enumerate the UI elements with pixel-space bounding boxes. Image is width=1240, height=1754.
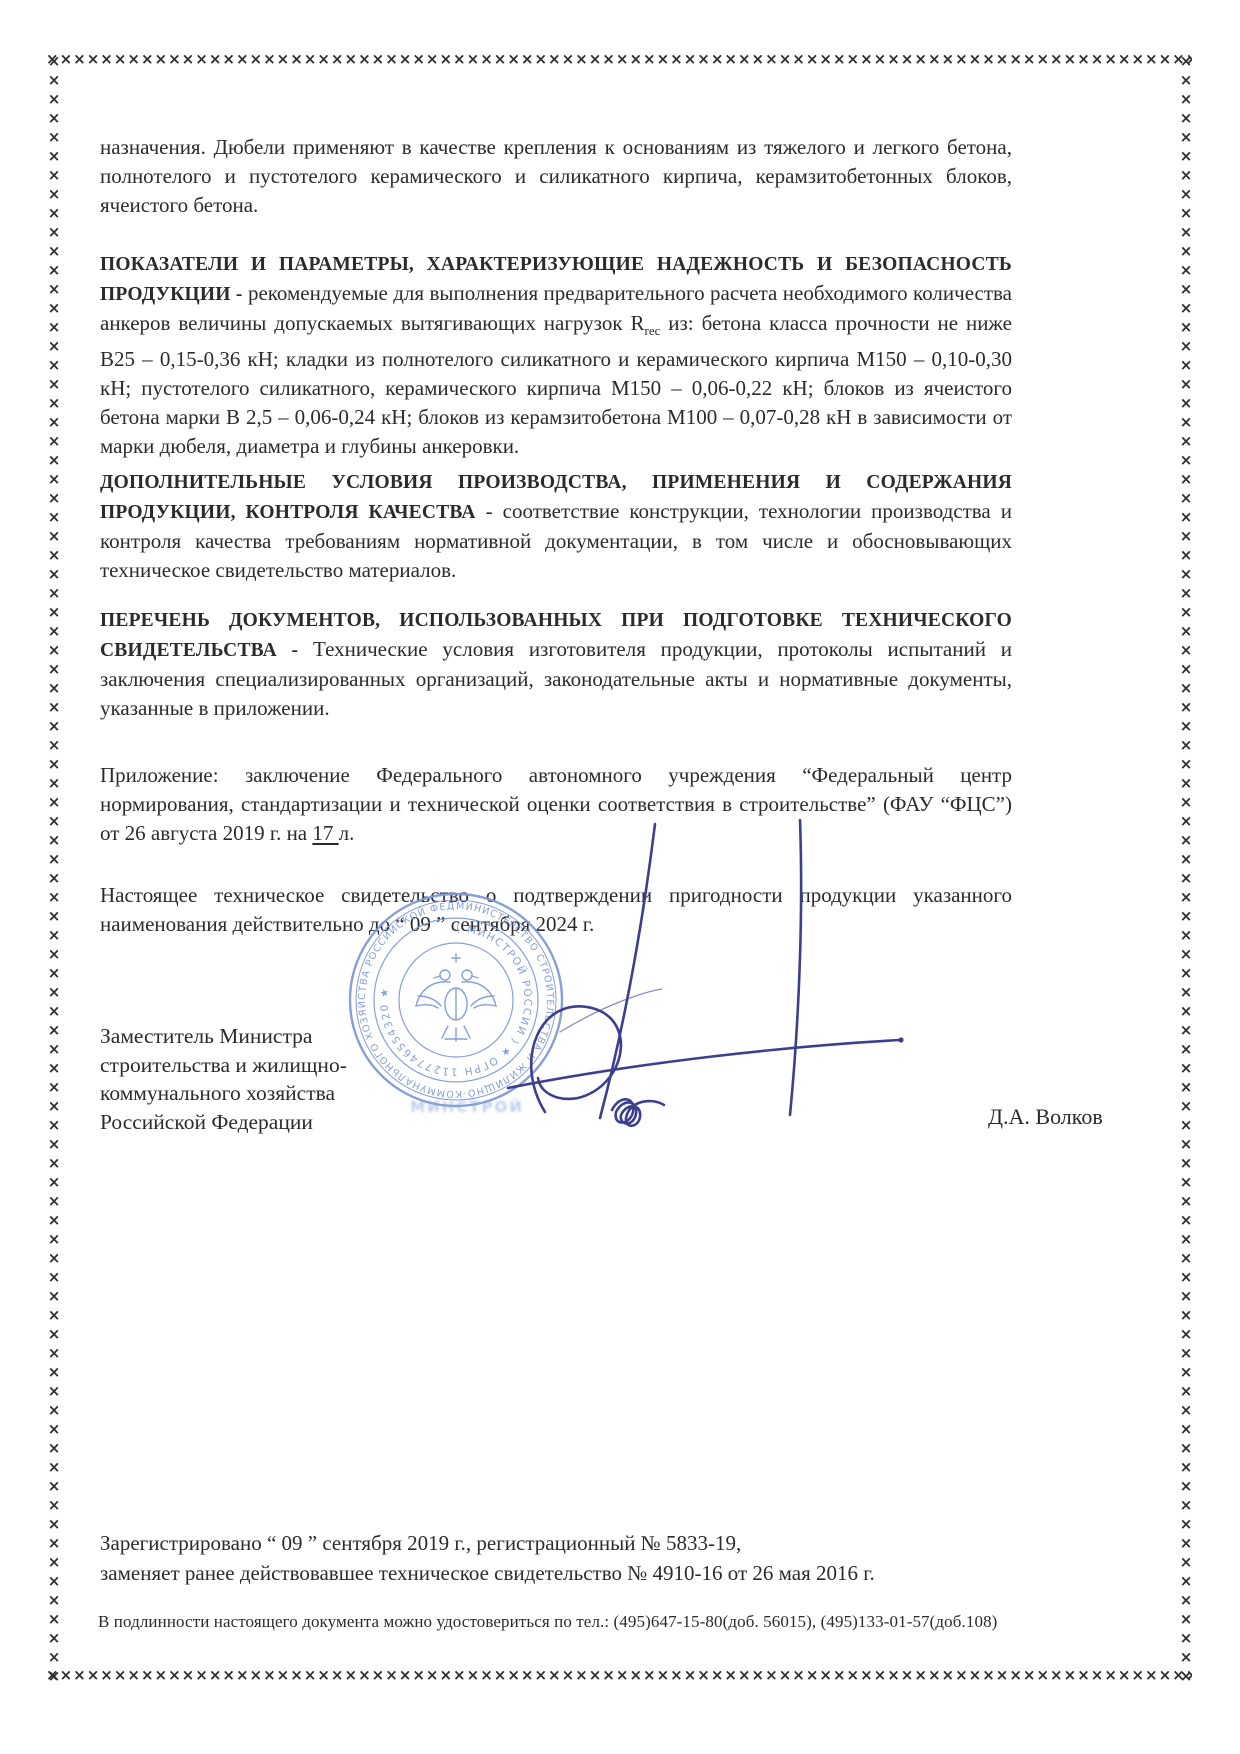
border-top-ornament: ××××××××××××××××××××××××××××××××××××××××… xyxy=(46,52,1192,67)
appendix-text-post: л. xyxy=(339,821,355,845)
signer-position-line: строительства и жилищно- xyxy=(100,1051,347,1080)
signer-position-line: Российской Федерации xyxy=(100,1108,347,1137)
document-page: ××××××××××××××××××××××××××××××××××××××××… xyxy=(0,0,1240,1754)
r-rec-subscript: rec xyxy=(644,323,660,338)
border-right-ornament: ××××××××××××××××××××××××××××××××××××××××… xyxy=(1178,52,1193,1682)
intro-text: назначения. Дюбели применяют в качестве … xyxy=(100,135,1012,217)
signature-ink xyxy=(480,808,920,1138)
signer-position-block: Заместитель Министра строительства и жил… xyxy=(100,1022,347,1136)
border-left-ornament: ××××××××××××××××××××××××××××××××××××××××… xyxy=(46,52,61,1682)
section-documents: ПЕРЕЧЕНЬ ДОКУМЕНТОВ, ИСПОЛЬЗОВАННЫХ ПРИ … xyxy=(100,605,1012,723)
intro-paragraph: назначения. Дюбели применяют в качестве … xyxy=(100,133,1012,220)
signer-name: Д.А. Волков xyxy=(988,1104,1103,1130)
registration-line-1: Зарегистрировано “ 09 ” сентября 2019 г.… xyxy=(100,1528,1040,1558)
signer-position-line: Заместитель Министра xyxy=(100,1022,347,1051)
border-bottom-ornament: ××××××××××××××××××××××××××××××××××××××××… xyxy=(46,1668,1192,1683)
signature-svg xyxy=(480,808,920,1138)
registration-line-2: заменяет ранее действовавшее техническое… xyxy=(100,1558,1040,1588)
registration-block: Зарегистрировано “ 09 ” сентября 2019 г.… xyxy=(100,1528,1040,1588)
section-indicators: ПОКАЗАТЕЛИ И ПАРАМЕТРЫ, ХАРАКТЕРИЗУЮЩИЕ … xyxy=(100,249,1012,461)
signer-position-line: коммунального хозяйства xyxy=(100,1079,347,1108)
authenticity-note: В подлинности настоящего документа можно… xyxy=(98,1612,1158,1632)
appendix-sheet-count: 17 xyxy=(312,821,338,845)
section-additional: ДОПОЛНИТЕЛЬНЫЕ УСЛОВИЯ ПРОИЗВОДСТВА, ПРИ… xyxy=(100,467,1012,585)
